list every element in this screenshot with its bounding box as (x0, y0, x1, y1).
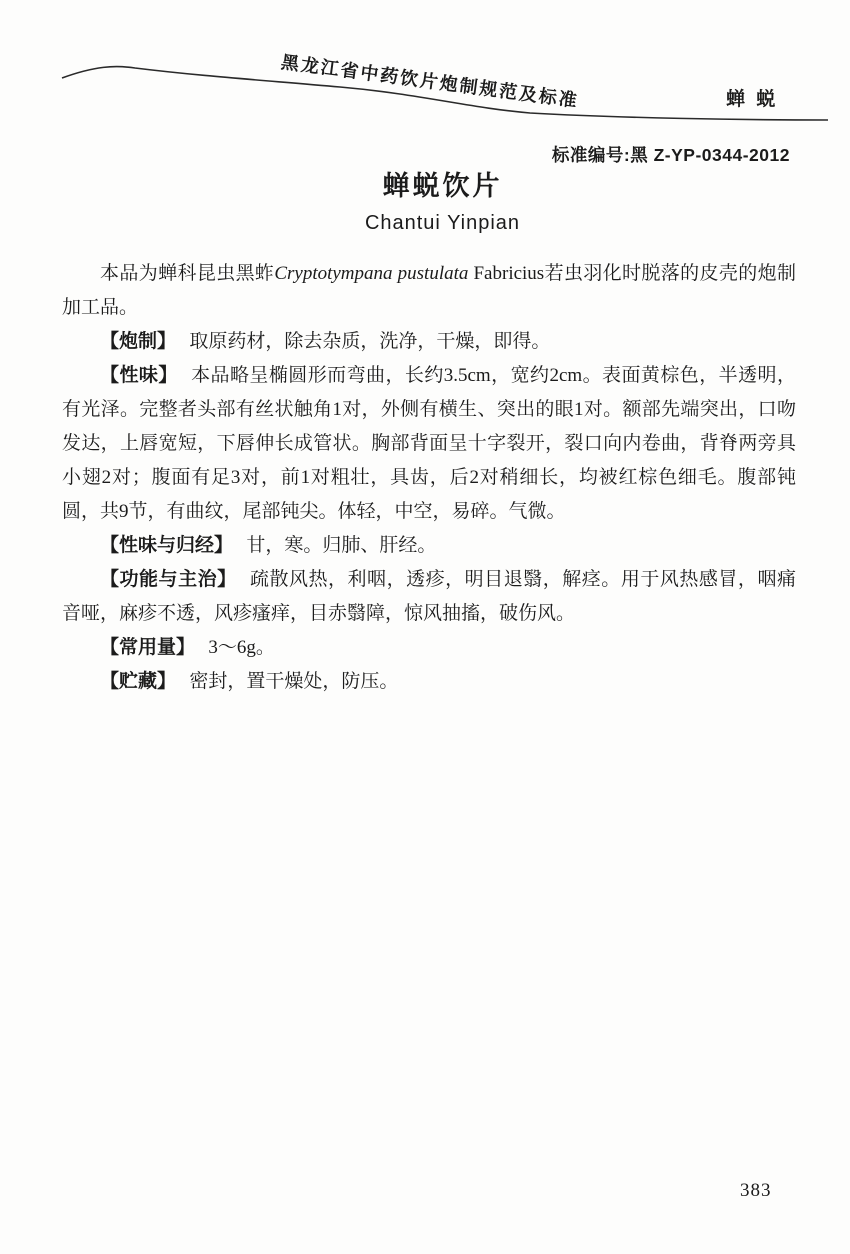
title-block: 蝉蜕饮片 Chantui Yinpian (35, 164, 850, 235)
body-text: 本品为蝉科昆虫黑蚱Cryptotympana pustulata Fabrici… (62, 257, 796, 699)
intro-prefix: 本品为蝉科昆虫黑蚱 (100, 263, 274, 284)
section-xingwei: 【性味】本品略呈椭圆形而弯曲，长约3.5cm，宽约2cm。表面黄棕色，半透明，有… (62, 359, 796, 529)
page-title-pinyin: Chantui Yinpian (35, 212, 850, 235)
section-label: 【性味与归经】 (100, 535, 246, 556)
section-label: 【功能与主治】 (100, 569, 250, 590)
section-gongneng-zhuzhi: 【功能与主治】疏散风热，利咽，透疹，明目退翳，解痉。用于风热感冒，咽痛音哑，麻疹… (62, 563, 796, 631)
section-zhucang: 【贮藏】密封，置干燥处，防压。 (62, 665, 796, 699)
latin-name-italic: Cryptotympana pustulata (274, 263, 468, 284)
section-text: 3～6g。 (208, 637, 275, 658)
section-text: 本品略呈椭圆形而弯曲，长约3.5cm，宽约2cm。表面黄棕色，半透明，有光泽。完… (62, 365, 796, 522)
section-label: 【性味】 (100, 365, 191, 386)
section-label: 【常用量】 (100, 637, 208, 658)
section-label: 【贮藏】 (100, 671, 189, 692)
section-changyongliang: 【常用量】3～6g。 (62, 631, 796, 665)
section-text: 密封，置干燥处，防压。 (189, 671, 398, 692)
intro-paragraph: 本品为蝉科昆虫黑蚱Cryptotympana pustulata Fabrici… (62, 257, 796, 325)
latin-name-roman: Fabricius (468, 263, 544, 284)
page-title: 蝉蜕饮片 (35, 164, 850, 203)
section-xingwei-guijing: 【性味与归经】甘，寒。归肺、肝经。 (62, 529, 796, 563)
document-page: 黑龙江省中药饮片炮制规范及标准 蝉 蜕 标准编号:黑 Z-YP-0344-201… (0, 0, 850, 1254)
section-paozhi: 【炮制】取原药材，除去杂质，洗净，干燥，即得。 (62, 325, 796, 359)
section-text: 甘，寒。归肺、肝经。 (246, 535, 436, 556)
section-text: 取原药材，除去杂质，洗净，干燥，即得。 (189, 331, 550, 352)
header-drug-name: 蝉 蜕 (726, 84, 778, 111)
page-number: 383 (740, 1180, 772, 1202)
section-label: 【炮制】 (100, 331, 189, 352)
